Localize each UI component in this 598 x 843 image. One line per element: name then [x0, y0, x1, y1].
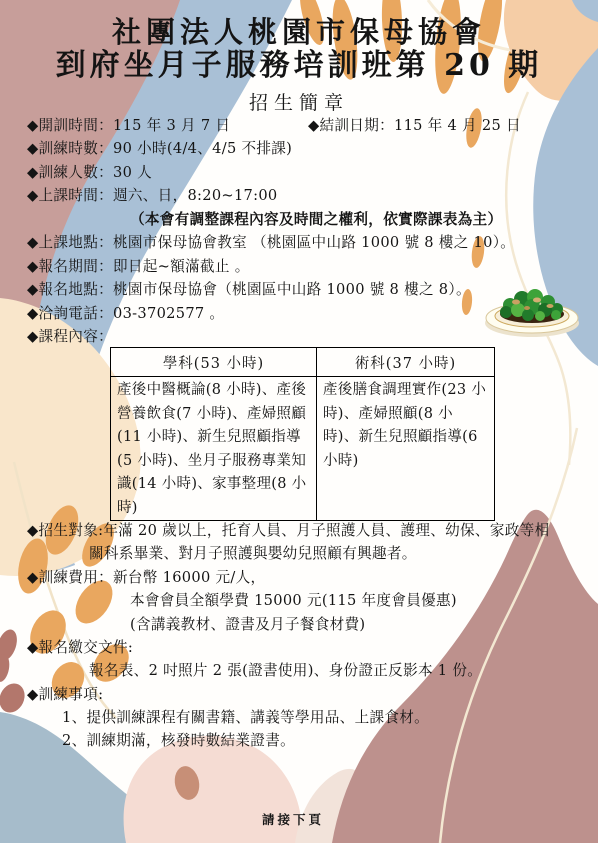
- info-hours: ◆訓練時數：90 小時(4/4、4/5 不排課): [27, 139, 292, 159]
- course-table-header-row: 學科(53 小時) 術科(37 小時): [111, 348, 495, 377]
- info-class-time: ◆上課時間：週六、日，8:20~17:00: [27, 186, 278, 206]
- course-table-cell-practice: 產後膳食調理實作(23 小時)、產婦照顧(8 小時)、新生兒照顧指導(6 小時): [317, 377, 495, 521]
- info-phone: ◆洽詢電話：03-3702577 。: [27, 304, 224, 324]
- fee-line1: ◆訓練費用：新台幣 16000 元/人，: [27, 568, 265, 588]
- matters-item2: 2、訓練期滿，核發時數結業證書。: [62, 731, 295, 751]
- info-reg-place: ◆報名地點：桃園市保母協會（桃園區中山路 1000 號 8 樓之 8）。: [27, 280, 471, 300]
- info-course-label: ◆課程內容：: [27, 327, 113, 347]
- course-table: 學科(53 小時) 術科(37 小時) 產後中醫概論(8 小時)、產後營養飲食(…: [110, 347, 495, 521]
- info-note: （本會有調整課程內容及時間之權利，依實際課表為主）: [130, 210, 502, 230]
- docs-label: ◆報名繳交文件:: [27, 638, 133, 658]
- target-line1: ◆招生對象:年滿 20 歲以上，托育人員、月子照護人員、護理、幼保、家政等相: [27, 521, 549, 541]
- flyer-page: 社團法人桃園市保母協會 到府坐月子服務培訓班第 20 期 招生簡章 ◆開訓時間：…: [0, 0, 598, 843]
- fee-line2: 本會會員全額學費 15000 元(115 年度會員優惠): [130, 591, 457, 611]
- info-start-time: ◆開訓時間：115 年 3 月 7 日: [27, 116, 230, 136]
- course-table-header-practice: 術科(37 小時): [317, 348, 495, 377]
- matters-label: ◆訓練事項:: [27, 685, 103, 705]
- footer-next-page: 請接下頁: [262, 810, 324, 830]
- docs-line: 報名表、2 吋照片 2 張(證書使用)、身份證正反影本 1 份。: [89, 661, 482, 681]
- target-line2: 關科系畢業、對月子照護與嬰幼兒照顧有興趣者。: [89, 544, 417, 564]
- info-reg-period: ◆報名期間：即日起~額滿截止 。: [27, 257, 250, 277]
- fee-line3: (含講義教材、證書及月子餐食材費): [130, 615, 365, 635]
- subtitle-brochure: 招生簡章: [0, 93, 598, 113]
- info-capacity: ◆訓練人數：30 人: [27, 163, 152, 183]
- association-title: 社團法人桃園市保母協會: [0, 22, 598, 42]
- course-table-body-row: 產後中醫概論(8 小時)、產後營養飲食(7 小時)、產婦照顧(11 小時)、新生…: [111, 377, 495, 521]
- info-class-place: ◆上課地點：桃園市保母協會教室 （桃園區中山路 1000 號 8 樓之 10）。: [27, 233, 515, 253]
- dark-leaves-left-edge: [0, 627, 29, 717]
- course-table-cell-theory: 產後中醫概論(8 小時)、產後營養飲食(7 小時)、產婦照顧(11 小時)、新生…: [111, 377, 317, 521]
- matters-item1: 1、提供訓練課程有關書籍、講義等學用品、上課食材。: [62, 708, 429, 728]
- course-title: 到府坐月子服務培訓班第 20 期: [0, 56, 598, 76]
- course-table-header-theory: 學科(53 小時): [111, 348, 317, 377]
- info-end-date: ◆結訓日期：115 年 4 月 25 日: [308, 116, 521, 136]
